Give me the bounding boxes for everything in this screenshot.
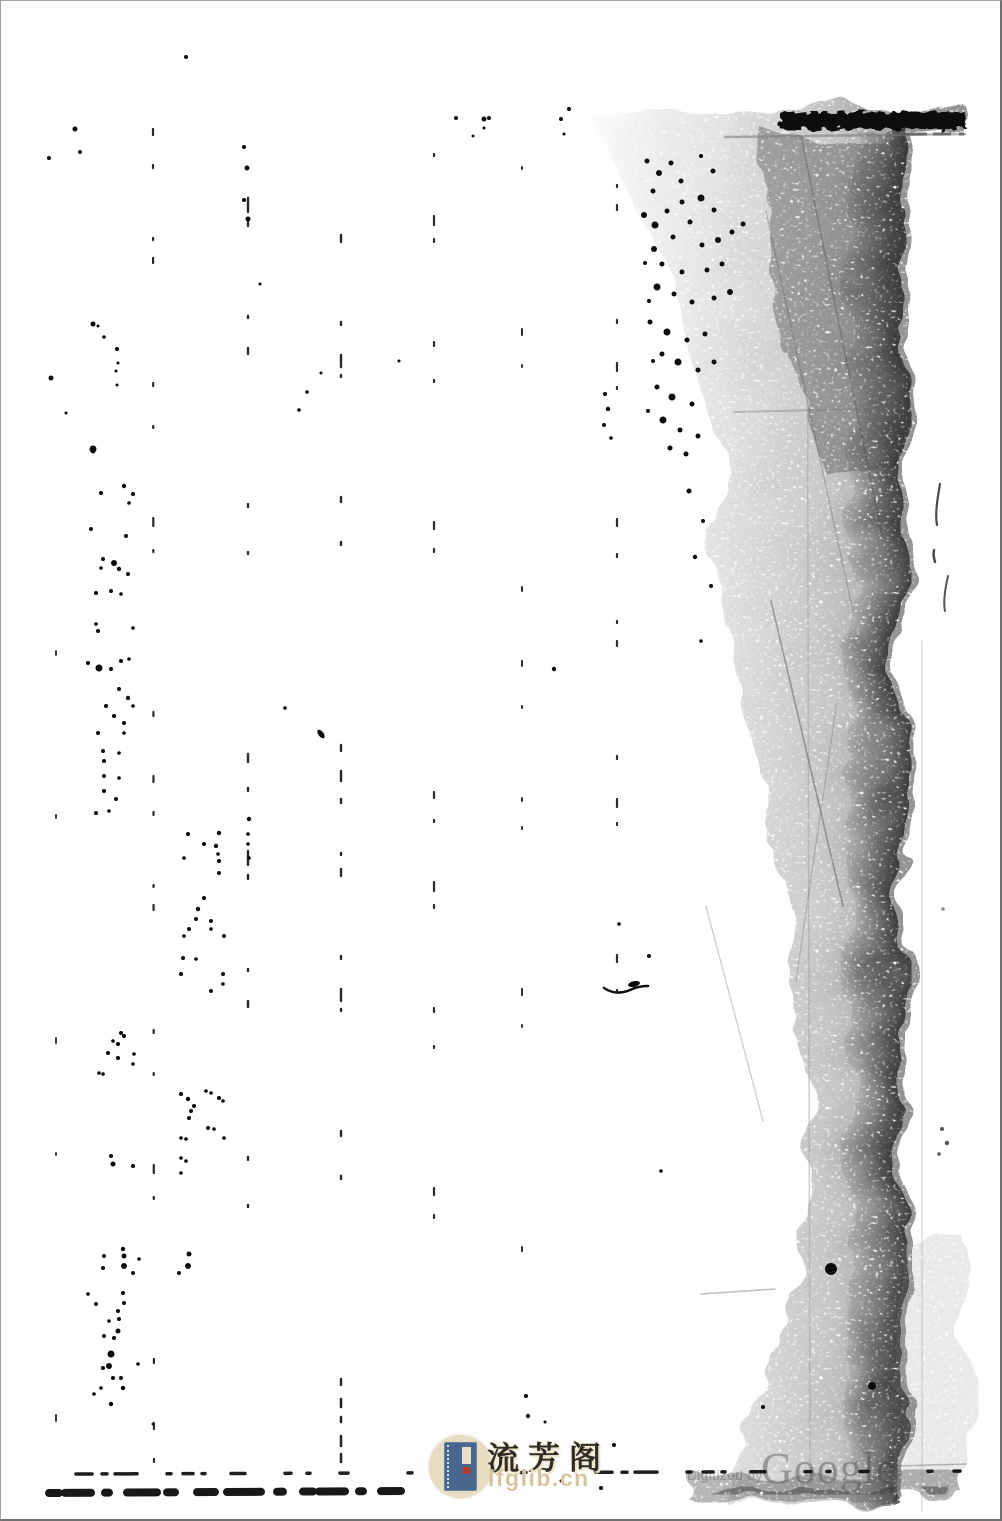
margin-marks [934,484,950,1156]
scanned-page: Digitized by Google [0,0,1002,1521]
column-rule-lines [56,129,617,1471]
smudge-region [586,105,968,1505]
scan-artifacts [1,1,1002,1521]
